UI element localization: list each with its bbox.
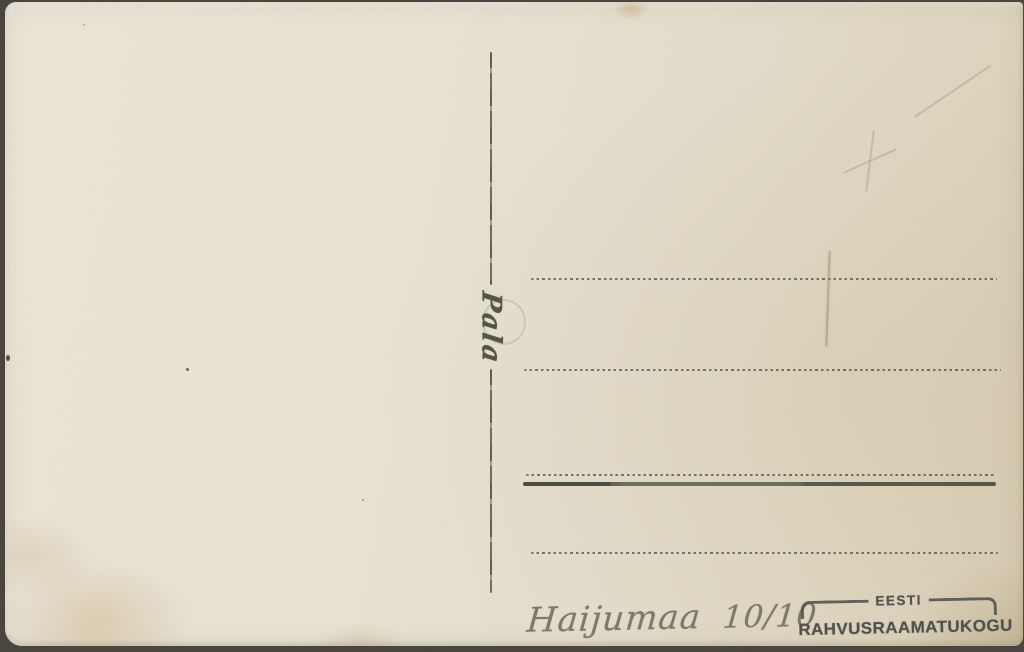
faint-stamp-trace [482, 299, 526, 345]
address-line [526, 474, 996, 476]
paper-speck [6, 355, 10, 361]
address-underline [523, 482, 996, 486]
postcard-back: Pala Haijumaa 10/10 EESTI RAHVUSRAAMATUK… [5, 2, 1023, 646]
paper-speck [362, 499, 364, 501]
paper-crease [825, 251, 830, 347]
stamp-country-label: EESTI [868, 593, 929, 607]
handwritten-note: Haijumaa 10/10 [525, 595, 793, 641]
stamp-bracket-right [929, 597, 997, 616]
paper-speck [186, 368, 189, 371]
stamp-library-name: RAHVUSRAAMATUKOGU [798, 617, 1000, 640]
address-line [531, 552, 998, 554]
pencil-scratch-mark [914, 64, 991, 117]
center-divider-line-bottom [490, 369, 492, 593]
address-line [531, 278, 997, 280]
stamp-bracket-left [801, 600, 869, 619]
library-stamp: EESTI RAHVUSRAAMATUKOGU [801, 592, 998, 640]
address-line [524, 369, 1001, 371]
paper-speck [83, 24, 85, 26]
center-divider-line-top [490, 52, 492, 285]
library-stamp-header: EESTI [801, 592, 997, 619]
handwritten-place: Haijumaa [525, 597, 702, 641]
